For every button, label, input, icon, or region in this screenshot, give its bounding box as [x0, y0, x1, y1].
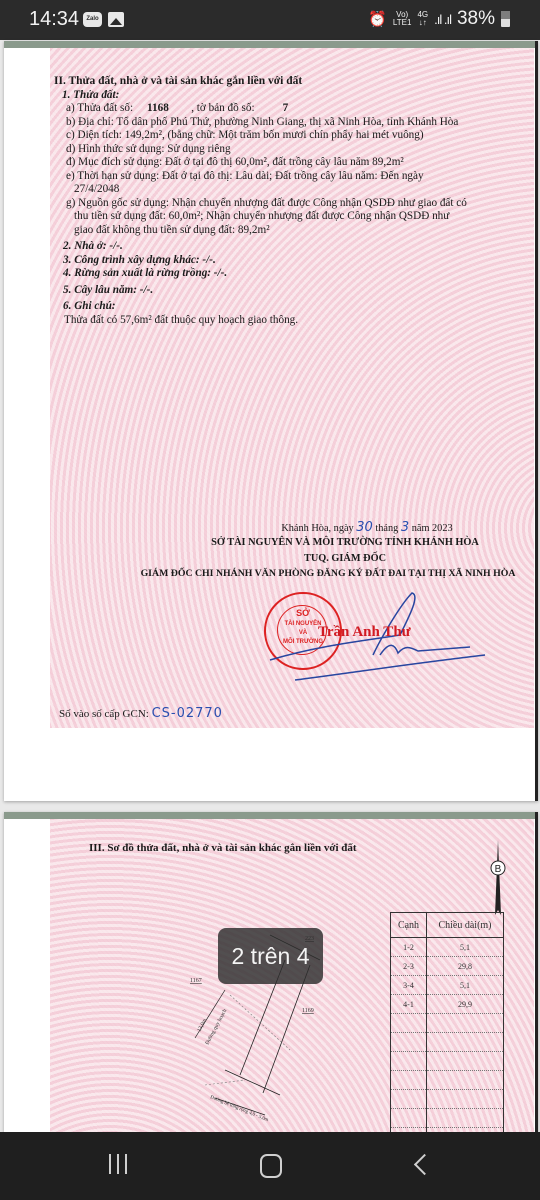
navigation-bar [0, 1132, 540, 1200]
edge-length: 5,1 [427, 938, 504, 957]
status-bar: 14:34 Zalo ⏰ Vo)LTE1 4G↓↑ .ıl .ıl 38% [0, 0, 540, 40]
usage-term-date: 27/4/2048 [54, 183, 534, 197]
page-indicator: 2 trên 4 [218, 928, 323, 984]
gallery-icon [108, 12, 124, 27]
zalo-icon: Zalo [83, 12, 102, 27]
edge-length [427, 1033, 504, 1052]
land-heading: 1. Thửa đất: [54, 89, 534, 103]
address-line: b) Địa chỉ: Tổ dân phố Phú Thứ, phường N… [54, 116, 534, 130]
home-icon [260, 1154, 282, 1178]
clock: 14:34 [29, 8, 79, 31]
section-3-title: III. Sơ đồ thửa đất, nhà ở và tài sản kh… [89, 842, 357, 854]
svg-text:1169: 1169 [302, 1008, 314, 1014]
usage-purpose-line: đ) Mục đích sử dụng: Đất ở tại đô thị 60… [54, 156, 534, 170]
north-arrow-icon: B [488, 840, 508, 920]
table-row: 1-25,1 [391, 938, 504, 957]
date-line: Khánh Hòa, ngày 30 tháng 3 năm 2023 [262, 521, 472, 536]
section-title: II. Thửa đất, nhà ở và tài sản khác gắn … [54, 75, 534, 89]
battery-icon [501, 11, 510, 27]
item-forest: 4. Rừng sản xuất là rừng trồng: -/-. [54, 267, 534, 281]
recents-icon-bar [117, 1154, 119, 1174]
edge-id [391, 1071, 427, 1090]
edge-id: 1-2 [391, 938, 427, 957]
edge-id: 4-1 [391, 995, 427, 1014]
alarm-icon: ⏰ [368, 10, 387, 28]
page-edge [4, 41, 538, 48]
back-button[interactable] [405, 1152, 445, 1180]
edge-length: 29,8 [427, 957, 504, 976]
table-row: 3-45,1 [391, 976, 504, 995]
month-handwritten: 3 [401, 520, 409, 535]
item-other-construction: 3. Công trình xây dựng khác: -/-. [54, 254, 534, 268]
edge-length [427, 1109, 504, 1128]
gcn-registry: Số vào số cấp GCN: CS-02770 [59, 706, 223, 721]
gcn-number: CS-02770 [152, 706, 223, 721]
edge-id [391, 1052, 427, 1071]
parcel-number-line: a) Thửa đất số: 1168 , tờ bản đồ số: 7 [54, 102, 534, 116]
table-row [391, 1090, 504, 1109]
signal-icon: .ıl .ıl [434, 12, 451, 27]
area-line: c) Diện tích: 149,2m², (bằng chữ: Một tr… [54, 129, 534, 143]
edge-length [427, 1071, 504, 1090]
column-header: Chiều dài(m) [427, 913, 504, 938]
edge-id: 2-3 [391, 957, 427, 976]
edge-length [427, 1052, 504, 1071]
table-row [391, 1014, 504, 1033]
edge-length [427, 1014, 504, 1033]
item-perennial-trees: 5. Cây lâu năm: -/-. [54, 284, 534, 298]
back-icon [414, 1154, 435, 1175]
origin-line-1: g) Nguồn gốc sử dụng: Nhận chuyển nhượng… [54, 197, 534, 211]
day-handwritten: 30 [356, 520, 373, 535]
edge-id [391, 1033, 427, 1052]
battery-percent: 38% [457, 8, 495, 30]
svg-text:Đường bê tông rộng 4,0 - 5,0m: Đường bê tông rộng 4,0 - 5,0m [209, 1095, 269, 1123]
edge-id: 3-4 [391, 976, 427, 995]
edge-length [427, 1090, 504, 1109]
column-header: Cạnh [391, 913, 427, 938]
table-row [391, 1052, 504, 1071]
organization-name: SỞ TÀI NGUYÊN VÀ MÔI TRƯỜNG TỈNH KHÁNH H… [200, 536, 490, 550]
table-row: 4-129,9 [391, 995, 504, 1014]
edge-length: 29,9 [427, 995, 504, 1014]
usage-term-line: e) Thời hạn sử dụng: Đất ở tại đô thị: L… [54, 170, 534, 184]
page-edge [4, 812, 538, 819]
note-text: Thửa đất có 57,6m² đất thuộc quy hoạch g… [54, 314, 534, 328]
svg-text:1167: 1167 [190, 978, 202, 984]
table-row [391, 1071, 504, 1090]
usage-form-line: d) Hình thức sử dụng: Sử dụng riêng [54, 143, 534, 157]
table-row [391, 1109, 504, 1128]
signer-role-2: GIÁM ĐỐC CHI NHÁNH VĂN PHÒNG ĐĂNG KÝ ĐẤT… [118, 567, 538, 581]
svg-text:Đường quy hoạch: Đường quy hoạch [204, 1008, 228, 1046]
edge-length: 5,1 [427, 976, 504, 995]
home-button[interactable] [250, 1152, 290, 1180]
signer-role-1: TUQ. GIÁM ĐỐC [240, 552, 450, 566]
edge-id [391, 1014, 427, 1033]
signer-name: Trần Anh Thư [318, 624, 411, 641]
origin-line-3: giao đất không thu tiền sử dụng đất: 89,… [54, 224, 534, 238]
svg-text:B: B [495, 864, 502, 875]
recents-icon-bar [125, 1154, 127, 1174]
recents-icon [109, 1154, 111, 1174]
page-edge-right [535, 41, 538, 801]
edge-id [391, 1090, 427, 1109]
table-row: 2-329,8 [391, 957, 504, 976]
edge-length-table: Cạnh Chiều dài(m) 1-25,12-329,83-45,14-1… [390, 912, 504, 1147]
page-edge-right [535, 812, 538, 1132]
edge-id [391, 1109, 427, 1128]
data-type-indicator: 4G↓↑ [417, 11, 428, 27]
origin-line-2: thu tiền sử dụng đất: 60,0m²; Nhận chuyể… [54, 210, 534, 224]
table-row [391, 1033, 504, 1052]
volte-indicator: Vo)LTE1 [393, 11, 412, 27]
recents-button[interactable] [100, 1152, 140, 1180]
land-details: II. Thửa đất, nhà ở và tài sản khác gắn … [54, 75, 534, 327]
item-house: 2. Nhà ở: -/-. [54, 240, 534, 254]
item-notes: 6. Ghi chú: [54, 300, 534, 314]
